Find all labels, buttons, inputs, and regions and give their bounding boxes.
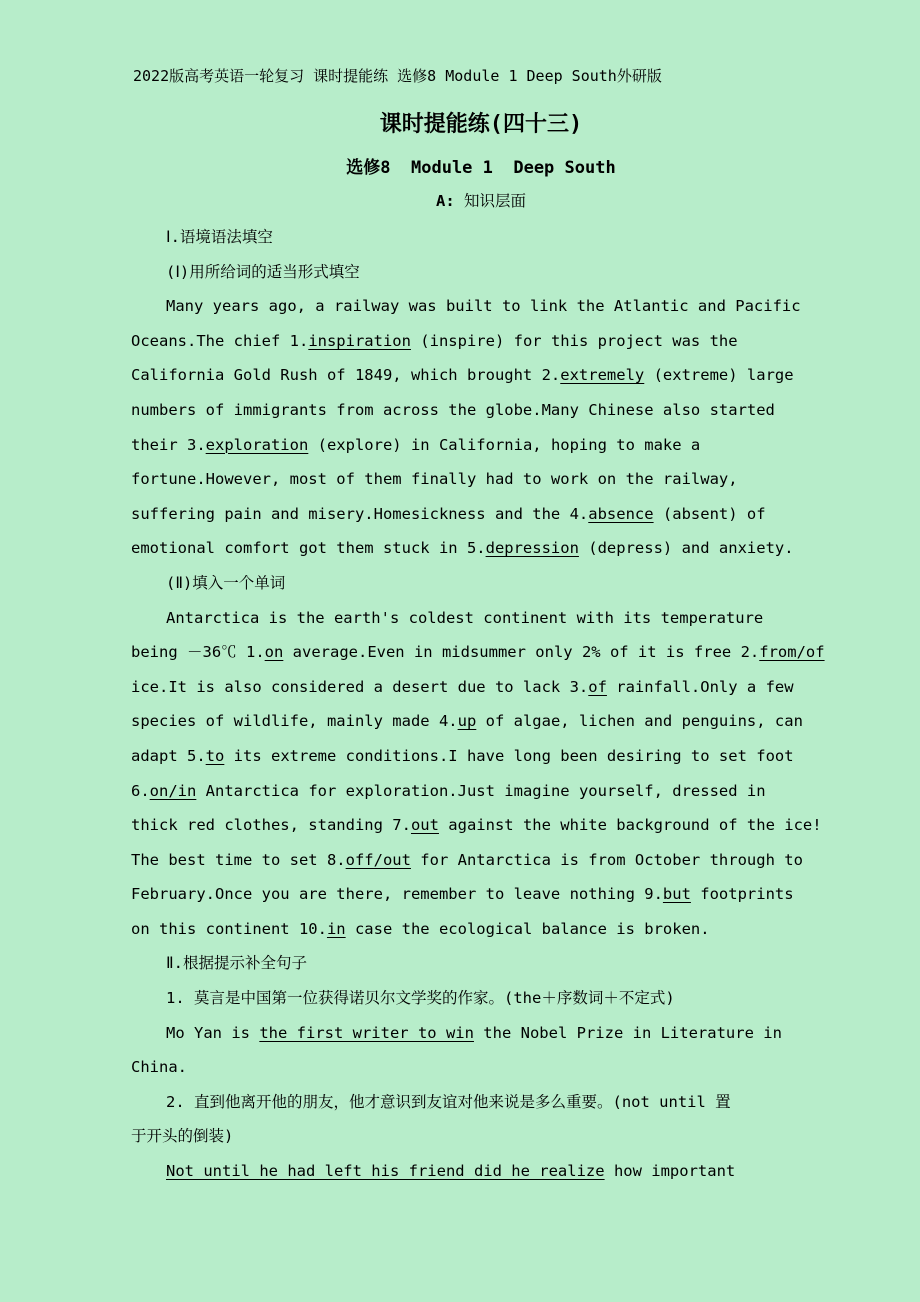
- text-line: Ⅱ.根据提示补全句子: [131, 946, 861, 981]
- text-segment: (inspire) for this project was the: [411, 332, 738, 350]
- text-line: 2. 直到他离开他的朋友，他才意识到友谊对他来说是多么重要。(not until…: [131, 1085, 861, 1120]
- text-segment: the Nobel Prize in Literature in: [474, 1024, 782, 1042]
- text-segment: numbers of immigrants from across the gl…: [131, 401, 775, 419]
- text-line: 6.on/in Antarctica for exploration.Just …: [131, 774, 861, 809]
- text-segment: (absent) of: [654, 505, 766, 523]
- text-segment: (Ⅰ)用所给词的适当形式填空: [166, 263, 360, 281]
- text-line: species of wildlife, mainly made 4.up of…: [131, 704, 861, 739]
- answer-blank: Not until he had left his friend did he …: [166, 1162, 605, 1180]
- text-segment: on this continent 10.: [131, 920, 327, 938]
- text-segment: ice.It is also considered a desert due t…: [131, 678, 588, 696]
- text-line: ice.It is also considered a desert due t…: [131, 670, 861, 705]
- text-line: California Gold Rush of 1849, which brou…: [131, 358, 861, 393]
- text-segment: emotional comfort got them stuck in 5.: [131, 539, 486, 557]
- text-segment: (Ⅱ)填入一个单词: [166, 574, 285, 592]
- text-segment: fortune.However, most of them finally ha…: [131, 470, 738, 488]
- answer-blank: from/of: [759, 643, 824, 661]
- text-segment: adapt 5.: [131, 747, 206, 765]
- text-line: Many years ago, a railway was built to l…: [131, 289, 861, 324]
- text-line: China.: [131, 1050, 861, 1085]
- text-segment: case the ecological balance is broken.: [346, 920, 710, 938]
- text-line: Oceans.The chief 1.inspiration (inspire)…: [131, 324, 861, 359]
- answer-blank: off/out: [346, 851, 411, 869]
- document-header: 2022版高考英语一轮复习 课时提能练 选修8 Module 1 Deep So…: [133, 66, 662, 86]
- text-segment: Ⅱ.根据提示补全句子: [166, 954, 307, 972]
- answer-blank: exploration: [206, 436, 309, 454]
- text-segment: (explore) in California, hoping to make …: [308, 436, 700, 454]
- text-line: suffering pain and misery.Homesickness a…: [131, 497, 861, 532]
- text-segment: footprints: [691, 885, 794, 903]
- text-segment: February.Once you are there, remember to…: [131, 885, 663, 903]
- text-segment: 2. 直到他离开他的朋友，他才意识到友谊对他来说是多么重要。(not until…: [166, 1093, 731, 1111]
- text-segment: 知识层面: [464, 192, 526, 210]
- text-segment: California Gold Rush of 1849, which brou…: [131, 366, 560, 384]
- text-segment: (extreme) large: [644, 366, 793, 384]
- text-line: Antarctica is the earth's coldest contin…: [131, 601, 861, 636]
- text-line: fortune.However, most of them finally ha…: [131, 462, 861, 497]
- text-segment: species of wildlife, mainly made 4.: [131, 712, 458, 730]
- answer-blank: inspiration: [308, 332, 411, 350]
- text-line: being －36℃ 1.on average.Even in midsumme…: [131, 635, 861, 670]
- text-line: emotional comfort got them stuck in 5.de…: [131, 531, 861, 566]
- text-segment: 6.: [131, 782, 150, 800]
- text-segment: (depress) and anxiety.: [579, 539, 794, 557]
- text-segment: how important: [605, 1162, 736, 1180]
- text-line: on this continent 10.in case the ecologi…: [131, 912, 861, 947]
- answer-blank: the first writer to win: [259, 1024, 474, 1042]
- answer-blank: extremely: [560, 366, 644, 384]
- text-segment: its extreme conditions.I have long been …: [224, 747, 793, 765]
- text-line: 于开头的倒装): [131, 1119, 861, 1154]
- text-segment: Many years ago, a railway was built to l…: [166, 297, 801, 315]
- text-segment: China.: [131, 1058, 187, 1076]
- section-a-heading: A: 知识层面: [131, 190, 831, 212]
- answer-blank: depression: [486, 539, 579, 557]
- text-segment: being －36℃ 1.: [131, 643, 265, 661]
- answer-blank: on/in: [150, 782, 197, 800]
- answer-blank: but: [663, 885, 691, 903]
- text-line: 1. 莫言是中国第一位获得诺贝尔文学奖的作家。(the＋序数词＋不定式): [131, 981, 861, 1016]
- text-segment: suffering pain and misery.Homesickness a…: [131, 505, 588, 523]
- text-line: their 3.exploration (explore) in Califor…: [131, 428, 861, 463]
- text-segment: 于开头的倒装): [131, 1127, 233, 1145]
- text-segment: rainfall.Only a few: [607, 678, 794, 696]
- answer-blank: on: [265, 643, 284, 661]
- text-line: Ⅰ.语境语法填空: [131, 220, 861, 255]
- text-line: numbers of immigrants from across the gl…: [131, 393, 861, 428]
- text-line: (Ⅰ)用所给词的适当形式填空: [131, 255, 861, 290]
- text-line: Not until he had left his friend did he …: [131, 1154, 861, 1189]
- text-line: Mo Yan is the first writer to win the No…: [131, 1016, 861, 1051]
- answer-blank: to: [206, 747, 225, 765]
- page-title: 课时提能练(四十三): [131, 110, 831, 140]
- text-segment: of algae, lichen and penguins, can: [476, 712, 803, 730]
- text-segment: Oceans.The chief 1.: [131, 332, 308, 350]
- answer-blank: out: [411, 816, 439, 834]
- text-segment: Antarctica for exploration.Just imagine …: [196, 782, 765, 800]
- answer-blank: up: [458, 712, 477, 730]
- text-segment: 1. 莫言是中国第一位获得诺贝尔文学奖的作家。(the＋序数词＋不定式): [166, 989, 675, 1007]
- text-line: February.Once you are there, remember to…: [131, 877, 861, 912]
- text-segment: Antarctica is the earth's coldest contin…: [166, 609, 763, 627]
- text-line: thick red clothes, standing 7.out agains…: [131, 808, 861, 843]
- text-segment: for Antarctica is from October through t…: [411, 851, 803, 869]
- text-line: (Ⅱ)填入一个单词: [131, 566, 861, 601]
- document-page: 2022版高考英语一轮复习 课时提能练 选修8 Module 1 Deep So…: [0, 0, 920, 1302]
- text-line: The best time to set 8.off/out for Antar…: [131, 843, 861, 878]
- answer-blank: absence: [588, 505, 653, 523]
- text-segment: Ⅰ.语境语法填空: [166, 228, 273, 246]
- page-subtitle: 选修8 Module 1 Deep South: [131, 156, 831, 180]
- text-segment: average.Even in midsummer only 2% of it …: [283, 643, 759, 661]
- answer-blank: of: [588, 678, 607, 696]
- text-line: adapt 5.to its extreme conditions.I have…: [131, 739, 861, 774]
- text-segment: The best time to set 8.: [131, 851, 346, 869]
- text-segment: thick red clothes, standing 7.: [131, 816, 411, 834]
- answer-blank: in: [327, 920, 346, 938]
- text-segment: against the white background of the ice!: [439, 816, 822, 834]
- text-segment: their 3.: [131, 436, 206, 454]
- text-segment: A:: [436, 192, 464, 210]
- text-segment: Mo Yan is: [166, 1024, 259, 1042]
- document-body: Ⅰ.语境语法填空(Ⅰ)用所给词的适当形式填空Many years ago, a …: [131, 220, 861, 1189]
